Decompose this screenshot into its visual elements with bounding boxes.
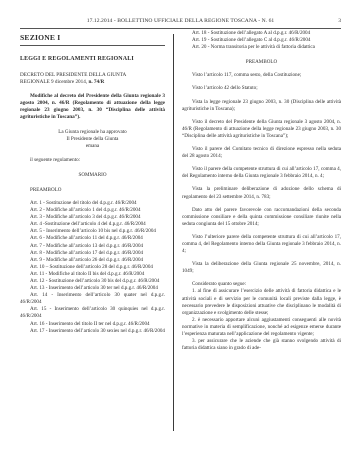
enactment-line: emana: [20, 143, 165, 150]
regulation-intro: il seguente regolamento:: [20, 157, 165, 164]
summary-article-list-continued: Art. 18 - Sostituzione dell’allegato A a…: [182, 30, 341, 51]
recital: Vista la deliberazione della Giunta regi…: [182, 261, 341, 275]
summary-article: Art. 3 - Modifiche all’articolo 3 del d.…: [20, 214, 165, 221]
summary-article: Art. 6 - Modifiche all’articolo 11 del d…: [20, 235, 165, 242]
consideration: 3. per assicurare che le aziende che già…: [182, 338, 341, 352]
enactment-line: La Giunta regionale ha approvato: [20, 129, 165, 136]
recital: Visto l’articolo 117, comma sesto, della…: [182, 72, 341, 79]
summary-article: Art. 15 - Inserimento dell’articolo 30 q…: [20, 306, 165, 320]
column-divider: [173, 34, 174, 431]
preamble-heading: PREAMBOLO: [182, 59, 341, 66]
summary-article: Art. 11 - Modifiche al titolo II bis del…: [20, 271, 165, 278]
summary-article: Art. 13 - Inserimento dell’articolo 30 t…: [20, 285, 165, 292]
recital: Vista la legge regionale 23 giugno 2003,…: [182, 99, 341, 113]
consideration: 1. al fine di assicurare l’esercizio del…: [182, 288, 341, 316]
summary-article: Art. 8 - Modifiche all’articolo 17 del d…: [20, 250, 165, 257]
recital: Visto il parere della competente struttu…: [182, 166, 341, 180]
running-title: 17.12.2014 - BOLLETTINO UFFICIALE DELLA …: [20, 18, 341, 24]
page-number: 3: [338, 18, 341, 24]
summary-article: Art. 17 - Inserimento dell’articolo 30 s…: [20, 328, 165, 335]
summary-article: Art. 16 - Inserimento del titolo II ter …: [20, 321, 165, 328]
law-category-title: LEGGI E REGOLAMENTI REGIONALI: [20, 55, 165, 63]
summary-article-list: Art. 1 - Sostituzione del titolo del d.p…: [20, 200, 165, 335]
summary-article: Art. 4 -Sostituzione dell’articolo 4 del…: [20, 221, 165, 228]
summary-article: Art. 1 - Sostituzione del titolo del d.p…: [20, 200, 165, 207]
enactment-formula: La Giunta regionale ha approvato Il Pres…: [20, 129, 165, 151]
decree-date: REGIONALE 9 dicembre 2014,: [20, 79, 88, 85]
enactment-line: Il Presidente della Giunta: [20, 136, 165, 143]
summary-article: Art. 9 - Modifiche all’articolo 26 del d…: [20, 257, 165, 264]
decree-heading-line2: REGIONALE 9 dicembre 2014, n. 74/R: [20, 79, 165, 86]
summary-article: Art. 7 - Modifiche all’articolo 13 del d…: [20, 243, 165, 250]
decree-number: n. 74/R: [88, 79, 104, 85]
recital: Dato atto del parere favorevole con racc…: [182, 207, 341, 228]
decree-subject: Modifiche al decreto del Presidente dell…: [20, 93, 165, 122]
page-header: 17.12.2014 - BOLLETTINO UFFICIALE DELLA …: [20, 18, 341, 28]
decree-heading-line1: DECRETO DEL PRESIDENTE DELLA GIUNTA: [20, 72, 165, 79]
right-column: Art. 18 - Sostituzione dell’allegato A a…: [182, 30, 341, 352]
consideration: 2. è necessario apportare alcuni aggiust…: [182, 317, 341, 338]
recital: Visto il decreto del Presidente della Gi…: [182, 119, 341, 140]
summary-article: Art. 18 - Sostituzione dell’allegato A a…: [182, 30, 341, 37]
recital: Vista la preliminare deliberazione di ad…: [182, 186, 341, 200]
section-title: SEZIONE I: [20, 30, 165, 46]
left-column: SEZIONE I LEGGI E REGOLAMENTI REGIONALI …: [20, 30, 165, 335]
summary-article: Art. 14 - Inserimento dell’articolo 30 q…: [20, 292, 165, 306]
recital: Visto l’articolo 42 dello Statuto;: [182, 85, 341, 92]
summary-article: Art. 12 - Sostituzione dell’articolo 30 …: [20, 278, 165, 285]
summary-heading: SOMMARIO: [20, 172, 165, 179]
summary-article: Art. 10 – Sostituzione dell’articolo 28 …: [20, 264, 165, 271]
recital: Visto l’ulteriore parere della competent…: [182, 234, 341, 255]
summary-article: Art. 20 - Norma transitoria per le attiv…: [182, 44, 341, 51]
preamble-label: PREAMBOLO: [20, 187, 165, 194]
decree-heading: DECRETO DEL PRESIDENTE DELLA GIUNTA REGI…: [20, 72, 165, 87]
header-rule: [20, 28, 341, 29]
recital: Visto il parere del Comitato tecnico di …: [182, 146, 341, 160]
